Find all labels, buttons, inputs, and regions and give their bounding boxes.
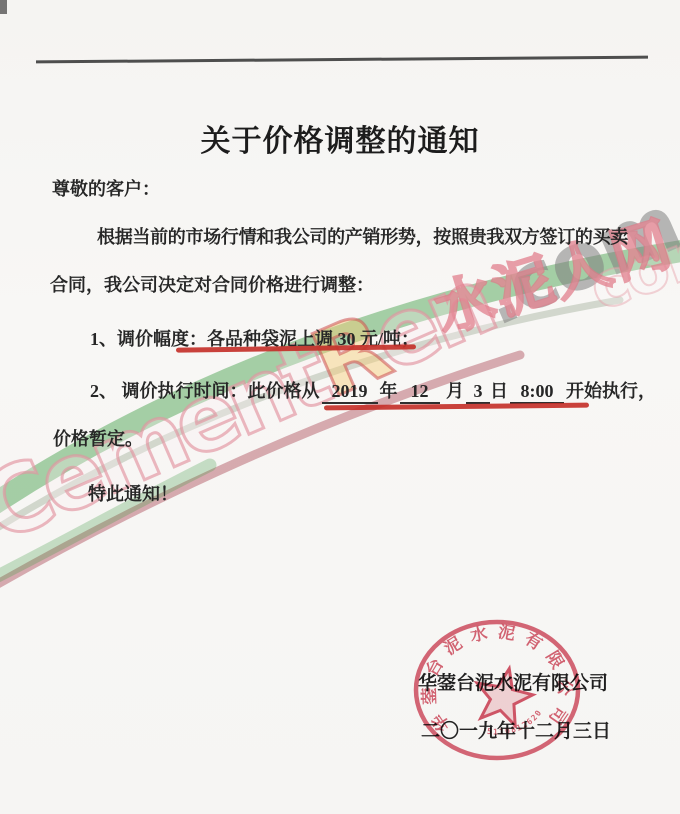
day-label: 日	[490, 381, 508, 401]
scan-corner-mark	[0, 0, 7, 14]
paragraph-line-2: 合同，我公司决定对合同价格进行调整：	[50, 271, 374, 297]
signature-company-name: 华蓥台泥水泥有限公司	[418, 668, 608, 695]
item2-prefix: 2、 调价执行时间：此价格从	[90, 381, 320, 401]
scanned-notice-document: CementRen.com com 水泥人网 关于价格调整的通知 尊敬的客户： …	[0, 0, 680, 814]
document-title: 关于价格调整的通知	[0, 116, 680, 160]
watermark-domain-text: .com	[468, 177, 680, 344]
watermark-chinese-name: 水泥人网	[424, 196, 680, 348]
watermark-cement-text: Cement	[0, 321, 340, 563]
paragraph-line-1: 根据当前的市场行情和我公司的产销形势，按照贵我双方签订的买卖	[97, 223, 628, 249]
closing-statement: 特此通知！	[88, 480, 178, 506]
month-label: 月	[446, 381, 464, 401]
item1-prefix: 1、调价幅度：	[90, 329, 207, 349]
list-item-2: 2、 调价执行时间：此价格从2019年12 月3日8:00开始执行，	[90, 377, 656, 404]
month-blank-value: 12	[400, 381, 440, 404]
signature-date: 二〇一九年十二月三日	[421, 716, 611, 743]
watermark-en-text: en	[357, 249, 506, 393]
salutation: 尊敬的客户：	[52, 175, 160, 201]
year-blank-value: 2019	[322, 381, 378, 404]
year-label: 年	[380, 381, 398, 401]
item2-suffix: 开始执行，	[566, 381, 656, 401]
day-blank-value: 3	[466, 381, 490, 404]
header-rule	[36, 56, 648, 63]
list-item-2-continuation: 价格暂定。	[53, 425, 143, 451]
time-blank-value: 8:00	[510, 381, 564, 404]
